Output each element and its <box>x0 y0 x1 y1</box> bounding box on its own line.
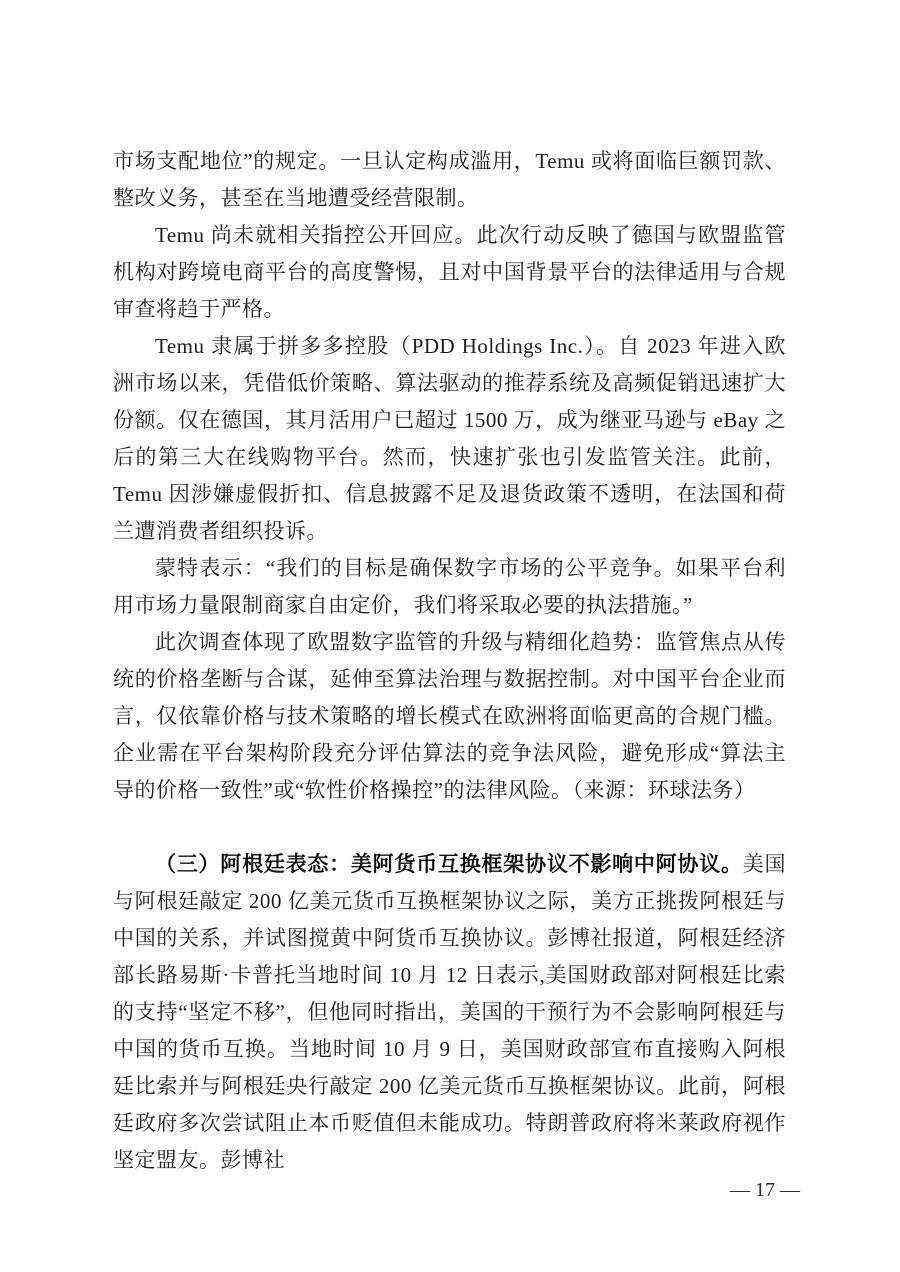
paragraph-temu-background: Temu 隶属于拼多多控股（PDD Holdings Inc.）。自 2023 … <box>113 328 786 550</box>
section-body-text: 美国与阿根廷敲定 200 亿美元货币互换框架协议之际，美方正挑拨阿根廷与中国的关… <box>113 852 786 1172</box>
paragraph-temu-response: Temu 尚未就相关指控公开回应。此次行动反映了德国与欧盟监管机构对跨境电商平台… <box>113 217 786 328</box>
paragraph-analysis: 此次调查体现了欧盟数字监管的升级与精细化趋势：监管焦点从传统的价格垄断与合谋，延… <box>113 624 786 809</box>
page-number: — 17 — <box>730 1179 800 1201</box>
section-heading: （三）阿根廷表态：美阿货币互换框架协议不影响中阿协议。 <box>155 852 743 876</box>
paragraph-section-three: （三）阿根廷表态：美阿货币互换框架协议不影响中阿协议。美国与阿根廷敲定 200 … <box>113 846 786 1179</box>
page-footer: — 17 — <box>730 1178 800 1202</box>
paragraph-quote: 蒙特表示：“我们的目标是确保数字市场的公平竞争。如果平台利用市场力量限制商家自由… <box>113 550 786 624</box>
page-body: 市场支配地位”的规定。一旦认定构成滥用，Temu 或将面临巨额罚款、整改义务，甚… <box>113 143 786 1179</box>
paragraph-continuation: 市场支配地位”的规定。一旦认定构成滥用，Temu 或将面临巨额罚款、整改义务，甚… <box>113 143 786 217</box>
document-page: 市场支配地位”的规定。一旦认定构成滥用，Temu 或将面临巨额罚款、整改义务，甚… <box>0 0 900 1272</box>
